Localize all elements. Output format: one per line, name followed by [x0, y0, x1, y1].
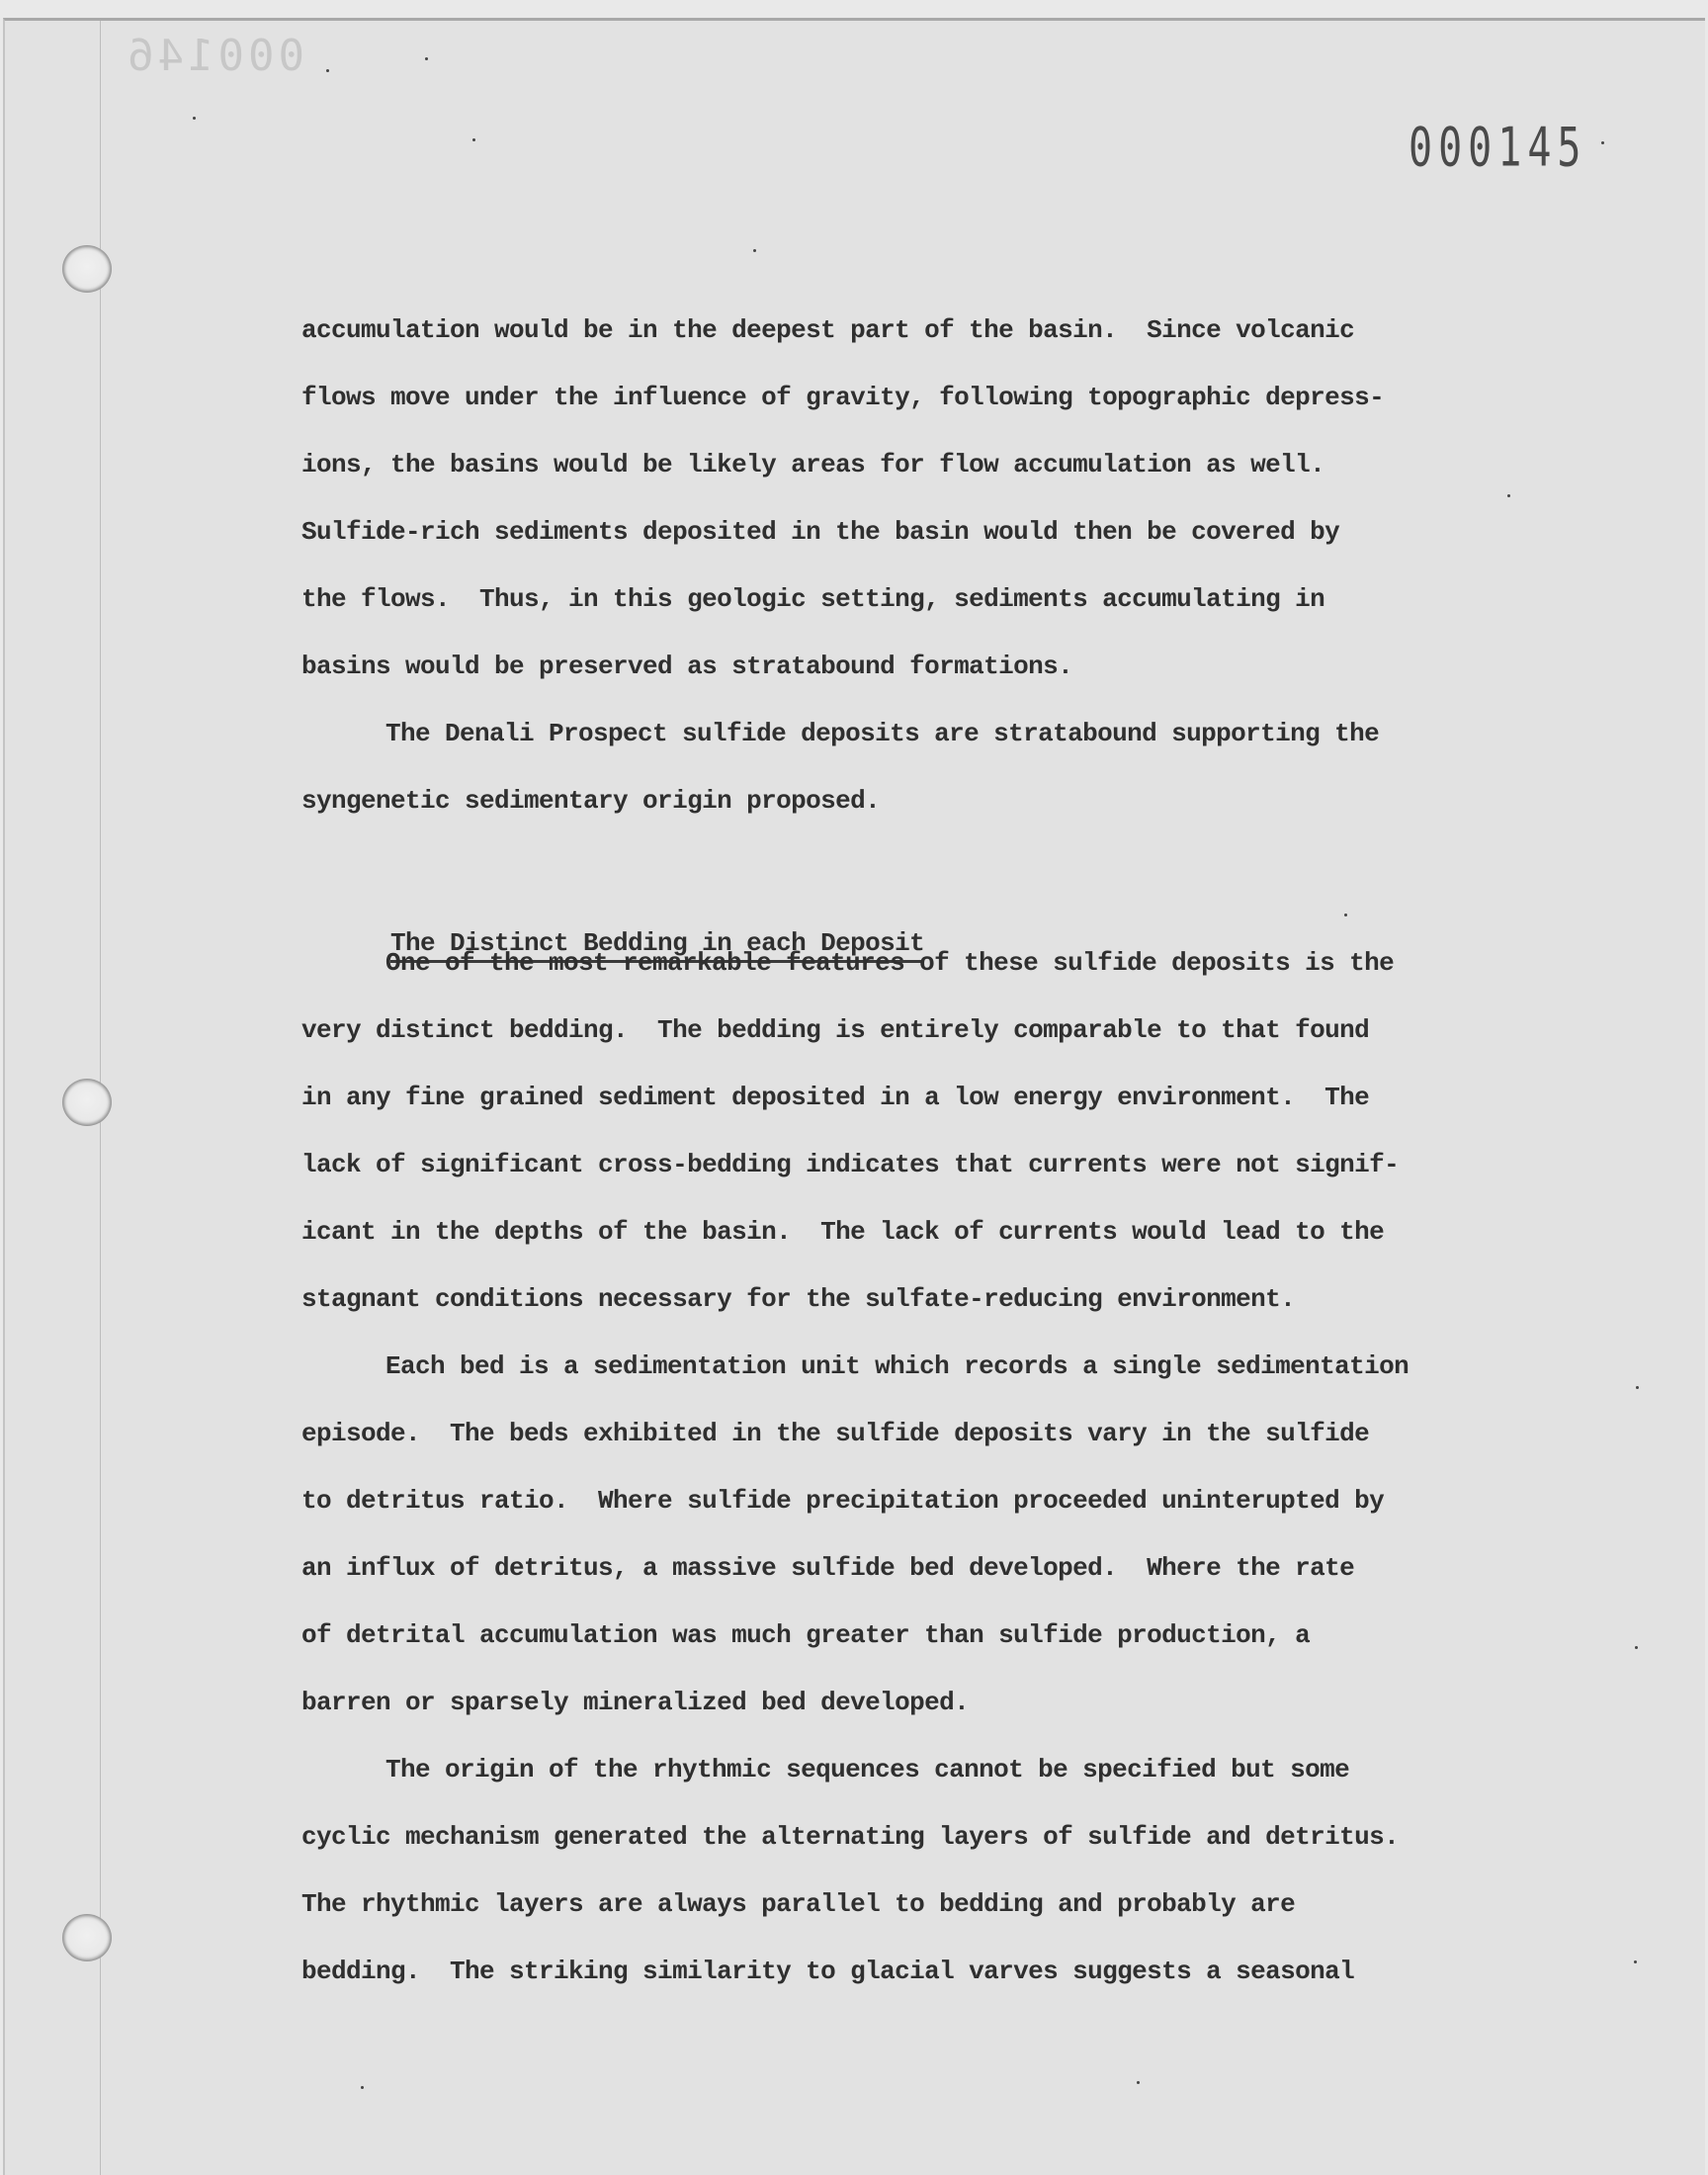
- text-line: The rhythmic layers are always parallel …: [301, 1882, 1567, 1950]
- bleed-through-page-number: 000146: [124, 31, 304, 81]
- scan-speck: [193, 117, 196, 120]
- scan-speck: [1635, 1646, 1638, 1649]
- scan-speck: [472, 138, 475, 141]
- text-line: barren or sparsely mineralized bed devel…: [301, 1681, 1567, 1748]
- paragraph: The origin of the rhythmic sequences can…: [301, 1748, 1567, 2017]
- section-heading-row: The Distinct Bedding in each Deposit: [301, 878, 1567, 941]
- text-line: of detrital accumulation was much greate…: [301, 1613, 1567, 1681]
- paragraph: The Denali Prospect sulfide deposits are…: [301, 712, 1567, 846]
- punch-hole-top: [62, 245, 112, 293]
- scan-speck: [1507, 494, 1510, 497]
- text-line: One of the most remarkable features of t…: [301, 941, 1567, 1008]
- punch-hole-middle: [62, 1079, 112, 1126]
- text-line: The Denali Prospect sulfide deposits are…: [301, 712, 1567, 779]
- text-line: icant in the depths of the basin. The la…: [301, 1210, 1567, 1277]
- paragraph: Each bed is a sedimentation unit which r…: [301, 1345, 1567, 1748]
- scan-speck: [753, 249, 756, 252]
- scan-speck: [1137, 2081, 1140, 2084]
- scan-speck: [1634, 1960, 1637, 1963]
- text-line: to detritus ratio. Where sulfide precipi…: [301, 1479, 1567, 1546]
- scan-speck: [425, 57, 428, 60]
- document-body: accumulation would be in the deepest par…: [301, 308, 1567, 2017]
- punch-hole-bottom: [62, 1914, 112, 1961]
- scan-speck: [1601, 141, 1604, 144]
- text-line: the flows. Thus, in this geologic settin…: [301, 577, 1567, 645]
- text-line: Each bed is a sedimentation unit which r…: [301, 1345, 1567, 1412]
- text-line: lack of significant cross-bedding indica…: [301, 1143, 1567, 1210]
- text-line: syngenetic sedimentary origin proposed.: [301, 779, 1567, 846]
- text-line: cyclic mechanism generated the alternati…: [301, 1815, 1567, 1882]
- text-line: flows move under the influence of gravit…: [301, 376, 1567, 443]
- text-line: basins would be preserved as stratabound…: [301, 645, 1567, 712]
- text-line: ions, the basins would be likely areas f…: [301, 443, 1567, 510]
- paragraph: accumulation would be in the deepest par…: [301, 308, 1567, 712]
- scan-speck: [1344, 913, 1347, 916]
- scan-speck: [1636, 1386, 1639, 1389]
- page-number: 000145: [1409, 118, 1587, 179]
- text-line: stagnant conditions necessary for the su…: [301, 1277, 1567, 1345]
- text-line: in any fine grained sediment deposited i…: [301, 1076, 1567, 1143]
- paragraph: One of the most remarkable features of t…: [301, 941, 1567, 1345]
- text-line: Sulfide-rich sediments deposited in the …: [301, 510, 1567, 577]
- text-line: an influx of detritus, a massive sulfide…: [301, 1546, 1567, 1613]
- scan-speck: [326, 69, 329, 72]
- scan-speck: [361, 2086, 364, 2089]
- text-line: accumulation would be in the deepest par…: [301, 308, 1567, 376]
- scan-background: 000146 000145 accumulation would be in t…: [0, 0, 1708, 2175]
- text-line: bedding. The striking similarity to glac…: [301, 1950, 1567, 2017]
- text-line: The origin of the rhythmic sequences can…: [301, 1748, 1567, 1815]
- text-line: very distinct bedding. The bedding is en…: [301, 1008, 1567, 1076]
- text-line: episode. The beds exhibited in the sulfi…: [301, 1412, 1567, 1479]
